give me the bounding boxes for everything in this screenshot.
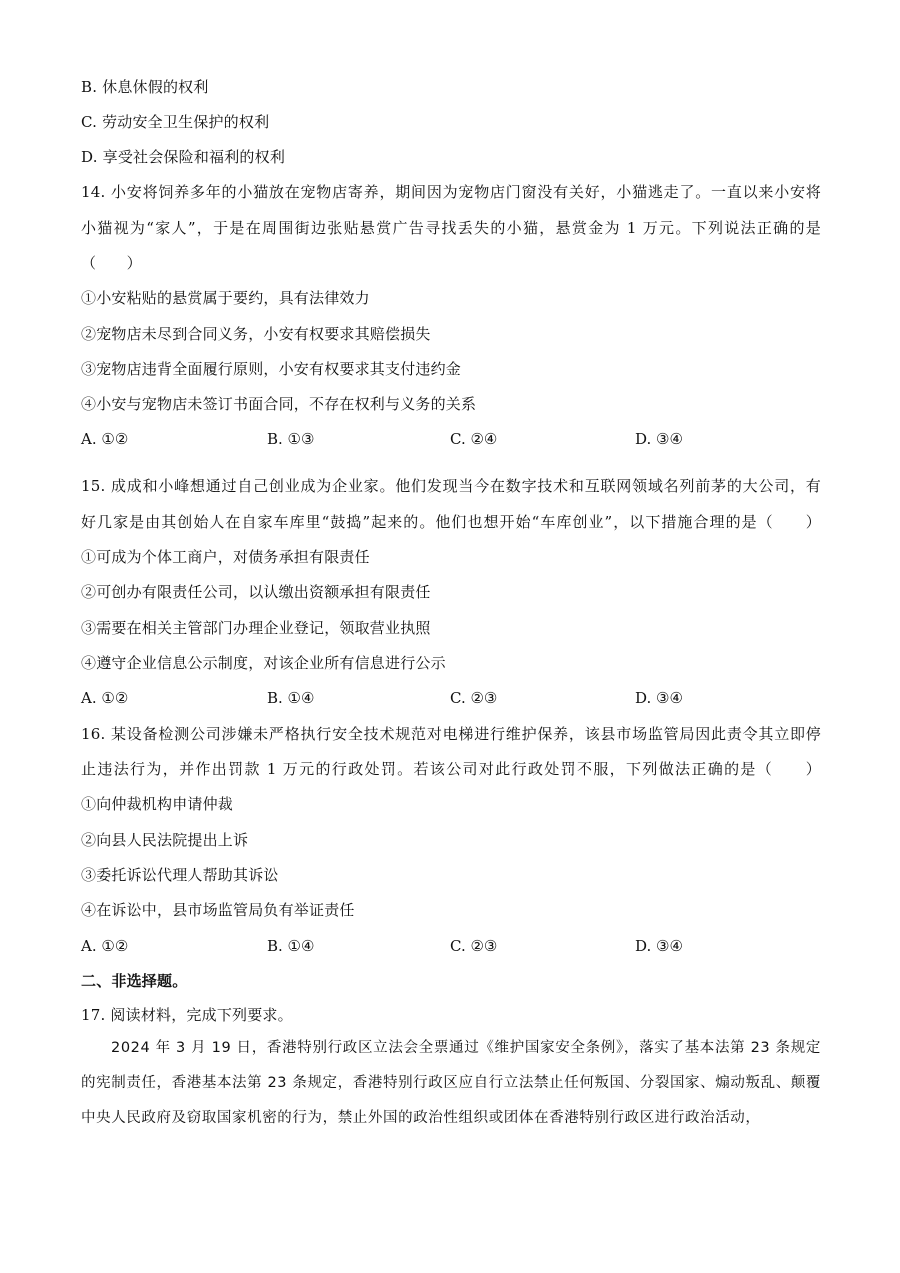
q16-stem-line2: 止违法行为，并作出罚款 1 万元的行政处罚。若该公司对此行政处罚不服，下列做法正… (81, 759, 821, 779)
q15-choice-a: A. ①② (81, 688, 128, 708)
q15-choice-c: C. ②③ (450, 688, 497, 708)
q16-statement-3: ③委托诉讼代理人帮助其诉讼 (81, 865, 279, 885)
q16-choice-c: C. ②③ (450, 936, 497, 956)
q16-choice-b: B. ①④ (267, 936, 314, 956)
q15-statement-4: ④遵守企业信息公示制度，对该企业所有信息进行公示 (81, 653, 446, 673)
q15-choices: A. ①② B. ①④ C. ②③ D. ③④ (81, 688, 821, 708)
q14-statement-3: ③宠物店违背全面履行原则，小安有权要求其支付违约金 (81, 359, 461, 379)
q15-statement-3: ③需要在相关主管部门办理企业登记，领取营业执照 (81, 618, 431, 638)
q14-answer-bracket: （ ） (81, 253, 142, 273)
q14-stem-line2: 小猫视为“家人”，于是在周围街边张贴悬赏广告寻找丢失的小猫，悬赏金为 1 万元。… (81, 218, 821, 238)
q14-statement-1: ①小安粘贴的悬赏属于要约，具有法律效力 (81, 288, 370, 308)
q17-material: 2024 年 3 月 19 日，香港特别行政区立法会全票通过《维护国家安全条例》… (81, 1031, 821, 1136)
q13-option-b: B. 休息休假的权利 (81, 77, 209, 97)
q16-choice-d: D. ③④ (635, 936, 683, 956)
q14-choice-a: A. ①② (81, 429, 128, 449)
q15-statement-1: ①可成为个体工商户，对债务承担有限责任 (81, 547, 370, 567)
q13-option-d: D. 享受社会保险和福利的权利 (81, 147, 285, 167)
q16-stem-line1: 16. 某设备检测公司涉嫌未严格执行安全技术规范对电梯进行维护保养，该县市场监管… (81, 724, 821, 744)
q14-choice-b: B. ①③ (267, 429, 314, 449)
q14-statement-2: ②宠物店未尽到合同义务，小安有权要求其赔偿损失 (81, 324, 431, 344)
q14-choices: A. ①② B. ①③ C. ②④ D. ③④ (81, 429, 821, 449)
q14-choice-c: C. ②④ (450, 429, 497, 449)
q14-stem-line1: 14. 小安将饲养多年的小猫放在宠物店寄养，期间因为宠物店门窗没有关好，小猫逃走… (81, 182, 821, 202)
section-heading: 二、非选择题。 (81, 971, 187, 991)
q15-statement-2: ②可创办有限责任公司，以认缴出资额承担有限责任 (81, 582, 431, 602)
q16-choice-a: A. ①② (81, 936, 128, 956)
q15-choice-d: D. ③④ (635, 688, 683, 708)
q16-statement-1: ①向仲裁机构申请仲裁 (81, 794, 233, 814)
q15-stem-line2: 好几家是由其创始人在自家车库里“鼓捣”起来的。他们也想开始“车库创业”，以下措施… (81, 512, 821, 532)
q15-stem-line1: 15. 成成和小峰想通过自己创业成为企业家。他们发现当今在数字技术和互联网领域名… (81, 476, 821, 496)
q17-stem: 17. 阅读材料，完成下列要求。 (81, 1005, 293, 1025)
q13-option-c: C. 劳动安全卫生保护的权利 (81, 112, 269, 132)
q16-statement-4: ④在诉讼中，县市场监管局负有举证责任 (81, 900, 355, 920)
q14-statement-4: ④小安与宠物店未签订书面合同，不存在权利与义务的关系 (81, 394, 476, 414)
q16-choices: A. ①② B. ①④ C. ②③ D. ③④ (81, 936, 821, 956)
q16-statement-2: ②向县人民法院提出上诉 (81, 830, 248, 850)
q14-choice-d: D. ③④ (635, 429, 683, 449)
q15-choice-b: B. ①④ (267, 688, 314, 708)
